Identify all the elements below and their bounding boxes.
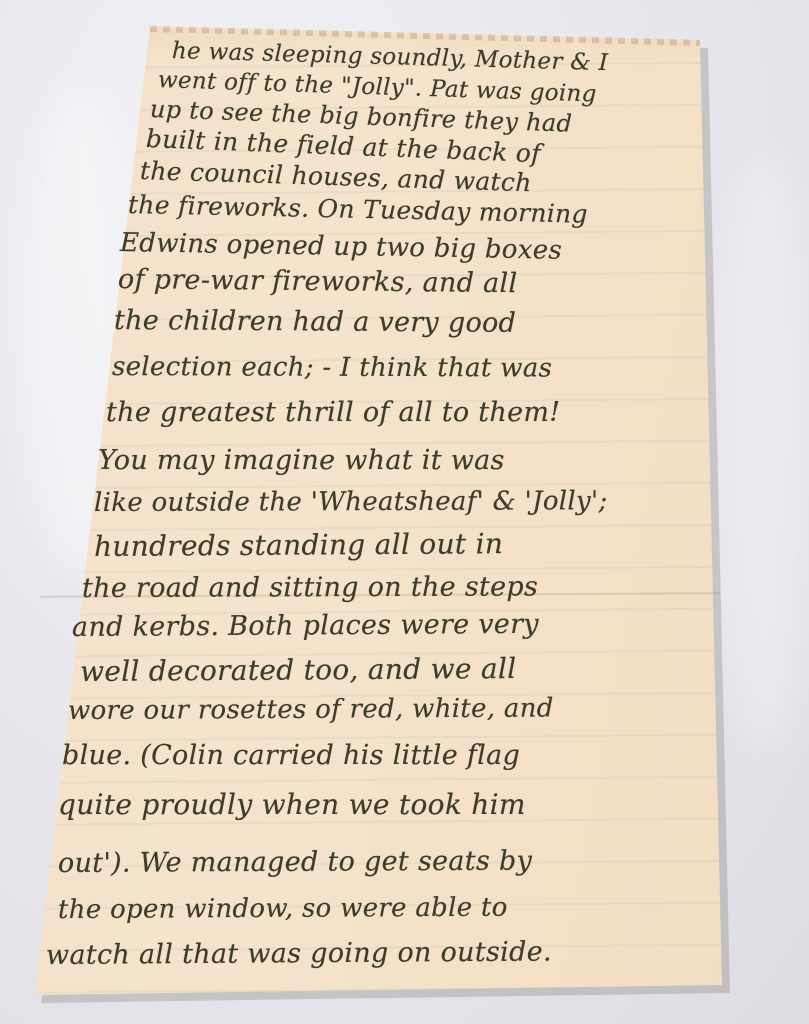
text-line: and kerbs. Both places were very <box>72 609 539 643</box>
text-line: of pre-war fireworks, and all <box>118 264 518 299</box>
text-line: watch all that was going on outside. <box>46 936 552 971</box>
text-line: the greatest thrill of all to them! <box>106 397 560 428</box>
text-line: well decorated too, and we all <box>80 652 517 688</box>
text-line: You may imagine what it was <box>98 445 505 476</box>
text-line: quite proudly when we took him <box>58 788 526 821</box>
handwritten-text: he was sleeping soundly, Mother & I went… <box>0 0 809 1024</box>
text-line: blue. (Colin carried his little flag <box>62 740 520 771</box>
text-line: hundreds standing all out in <box>94 527 503 563</box>
text-line: the open window, so were able to <box>58 893 508 925</box>
text-line: the children had a very good <box>114 305 516 339</box>
text-line: like outside the 'Wheatsheaf' & 'Jolly'; <box>94 486 608 518</box>
text-line: out'). We managed to get seats by <box>58 846 532 879</box>
text-line: Edwins opened up two big boxes <box>120 228 563 266</box>
text-line: the road and sitting on the steps <box>82 571 538 604</box>
text-line: selection each; - I think that was <box>112 352 552 384</box>
text-line: wore our rosettes of red, white, and <box>68 693 554 726</box>
